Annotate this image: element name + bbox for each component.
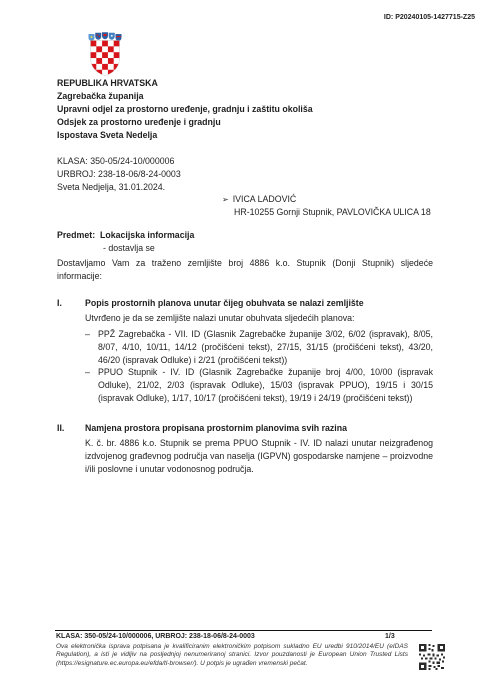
- letterhead-country: REPUBLIKA HRVATSKA: [57, 77, 345, 90]
- section-2-body: K. č. br. 4886 k.o. Stupnik se prema PPU…: [85, 437, 433, 476]
- place-date-line: Sveta Nedjelja, 31.01.2024.: [57, 181, 181, 194]
- letterhead-office: Ispostava Sveta Nedelja: [57, 129, 345, 142]
- arrow-marker-icon: ➢: [222, 193, 229, 206]
- document-id: ID: P20240105-1427715-Z25: [384, 14, 475, 21]
- footer-disclaimer: Ova elektronička isprava potpisana je kv…: [56, 643, 408, 668]
- klasa-line: KLASA: 350-05/24-10/000006: [57, 155, 181, 168]
- section-1-heading: Popis prostornih planova unutar čijeg ob…: [85, 297, 364, 310]
- dash-bullet-icon: –: [85, 366, 98, 404]
- footer-divider: [55, 630, 432, 631]
- footer-reference: KLASA: 350-05/24-10/000006, URBROJ: 238-…: [56, 633, 255, 640]
- plan-list-item: – PPUO Stupnik - IV. ID (Glasnik Zagreba…: [85, 366, 433, 404]
- reference-block: KLASA: 350-05/24-10/000006 URBROJ: 238-1…: [57, 155, 181, 194]
- letterhead-division: Odsjek za prostorno uređenje i gradnju: [57, 116, 345, 129]
- section-plans: I. Popis prostornih planova unutar čijeg…: [57, 297, 433, 405]
- recipient-block: ➢IVICA LADOVIĆ HR-10255 Gornji Stupnik, …: [222, 193, 431, 219]
- section-2-numeral: II.: [57, 422, 85, 435]
- intro-paragraph: Dostavljamo Vam za traženo zemljište bro…: [57, 257, 433, 283]
- document-page: ID: P20240105-1427715-Z25: [0, 0, 488, 690]
- subject-title: Lokacijska informacija: [100, 229, 194, 242]
- urbroj-line: URBROJ: 238-18-06/8-24-0003: [57, 168, 181, 181]
- letterhead-county: Zagrebačka županija: [57, 90, 345, 103]
- section-1-intro: Utvrđeno je da se zemljište nalazi unuta…: [85, 312, 433, 325]
- section-2-heading: Namjena prostora propisana prostornim pl…: [85, 422, 347, 435]
- plan-list-item: – PPŽ Zagrebačka - VII. ID (Glasnik Zagr…: [85, 328, 433, 366]
- croatia-coat-of-arms-icon: [88, 31, 122, 78]
- plan-item-text: PPŽ Zagrebačka - VII. ID (Glasnik Zagreb…: [98, 328, 433, 366]
- letterhead: REPUBLIKA HRVATSKA Zagrebačka županija U…: [57, 77, 345, 142]
- subject-label: Predmet:: [57, 229, 100, 242]
- dash-bullet-icon: –: [85, 328, 98, 366]
- plan-item-text: PPUO Stupnik - IV. ID (Glasnik Zagrebačk…: [98, 366, 433, 404]
- letterhead-department: Upravni odjel za prostorno uređenje, gra…: [57, 103, 345, 116]
- subject-block: Predmet: Lokacijska informacija - dostav…: [57, 229, 194, 255]
- page-number: 1/3: [385, 633, 395, 640]
- qr-code-icon: [419, 644, 445, 670]
- section-land-use: II. Namjena prostora propisana prostorni…: [57, 422, 433, 476]
- recipient-address: HR-10255 Gornji Stupnik, PAVLOVIČKA ULIC…: [234, 206, 431, 219]
- subject-subtitle: - dostavlja se: [103, 242, 194, 255]
- recipient-name: IVICA LADOVIĆ: [233, 194, 297, 204]
- section-1-numeral: I.: [57, 297, 85, 310]
- recipient-name-line: ➢IVICA LADOVIĆ: [222, 193, 431, 206]
